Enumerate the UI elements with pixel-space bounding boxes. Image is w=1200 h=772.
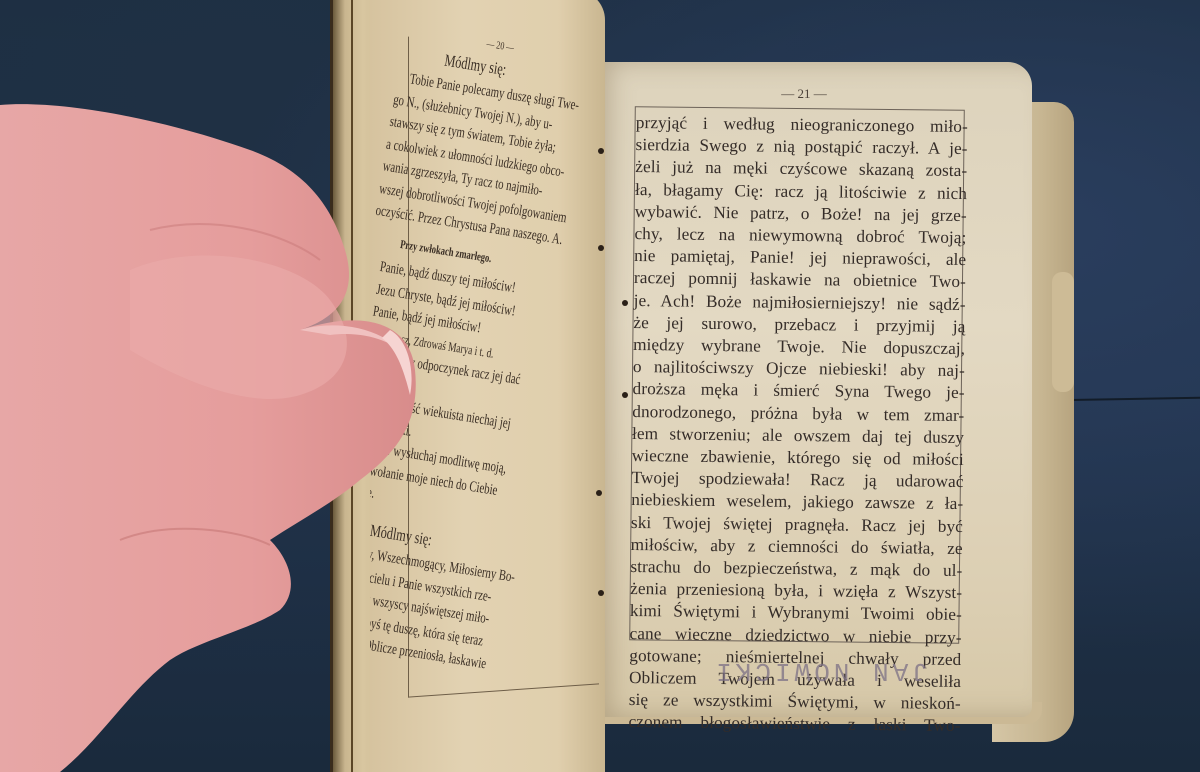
right-page-block: — 21 — przyjąć i według nieograniczonego… [592,62,1074,730]
binding-hole [598,245,604,251]
photo-scene: — 21 — przyjąć i według nieograniczonego… [0,0,1200,772]
binding-hole [622,300,628,306]
right-page: — 21 — przyjąć i według nieograniczonego… [592,62,1032,717]
right-page-text: przyjąć i według nieograniczonego miło- … [628,112,968,738]
right-page-number: — 21 — [774,86,834,102]
owner-stamp: JAN NOWICKI [710,656,930,686]
binding-hole [598,590,604,596]
left-page-block: — 20 — Módlmy się: Tobie Panie polecamy … [330,0,610,772]
left-page: — 20 — Módlmy się: Tobie Panie polecamy … [370,0,605,772]
binding-hole [622,392,628,398]
binding-hole [596,490,602,496]
torn-page-tab [1052,272,1074,392]
text-line: czonem błogosławieństwie z łaski Two- [628,711,960,737]
binding-hole [598,148,604,154]
